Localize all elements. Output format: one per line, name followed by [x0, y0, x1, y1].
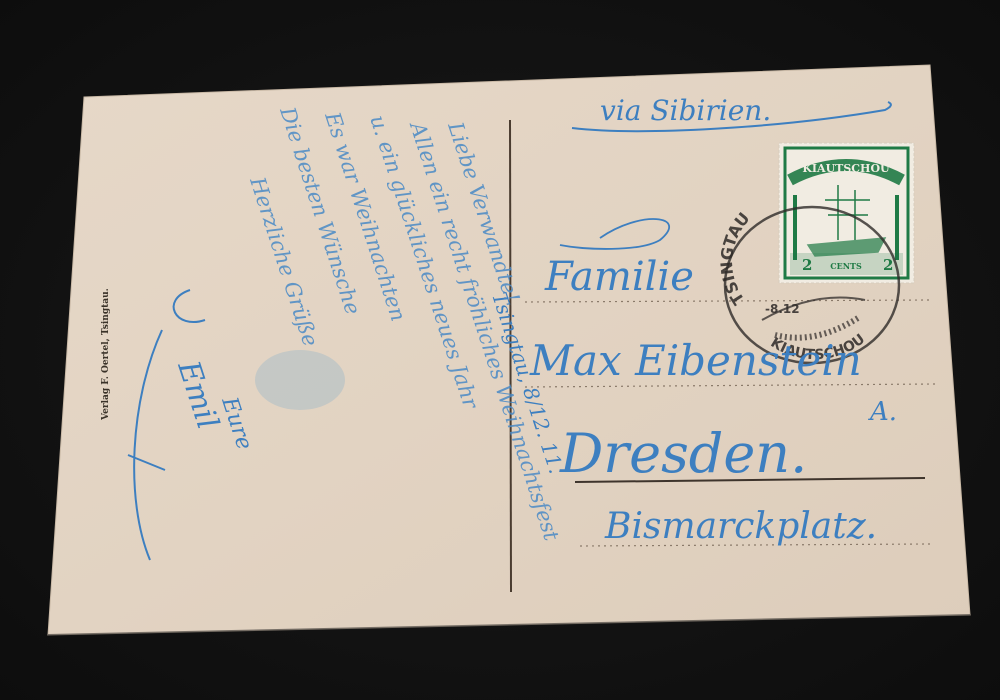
- stamp-currency: CENTS: [830, 261, 862, 271]
- address-line-3: Dresden.: [559, 422, 807, 485]
- stamp-value-left: 2: [802, 256, 812, 274]
- postcard: Verlag F. Oertel, Tsingtau. via Sibirien…: [0, 0, 1000, 700]
- publisher-imprint: Verlag F. Oertel, Tsingtau.: [101, 288, 111, 421]
- postmark-date: -8.12: [765, 302, 800, 316]
- address-line-1: Familie: [544, 254, 694, 300]
- address-line-3-suffix: A.: [868, 397, 897, 427]
- stamp-country: KIAUTSCHOU: [802, 162, 890, 175]
- address-line-4: Bismarckplatz.: [604, 506, 877, 547]
- svg-text:via Sibirien.: via Sibirien.: [600, 94, 771, 127]
- stamp-value-right: 2: [883, 256, 893, 274]
- postcard-canvas: Verlag F. Oertel, Tsingtau. via Sibirien…: [0, 0, 1000, 700]
- address-line-2: Max Eibenstein: [529, 336, 862, 385]
